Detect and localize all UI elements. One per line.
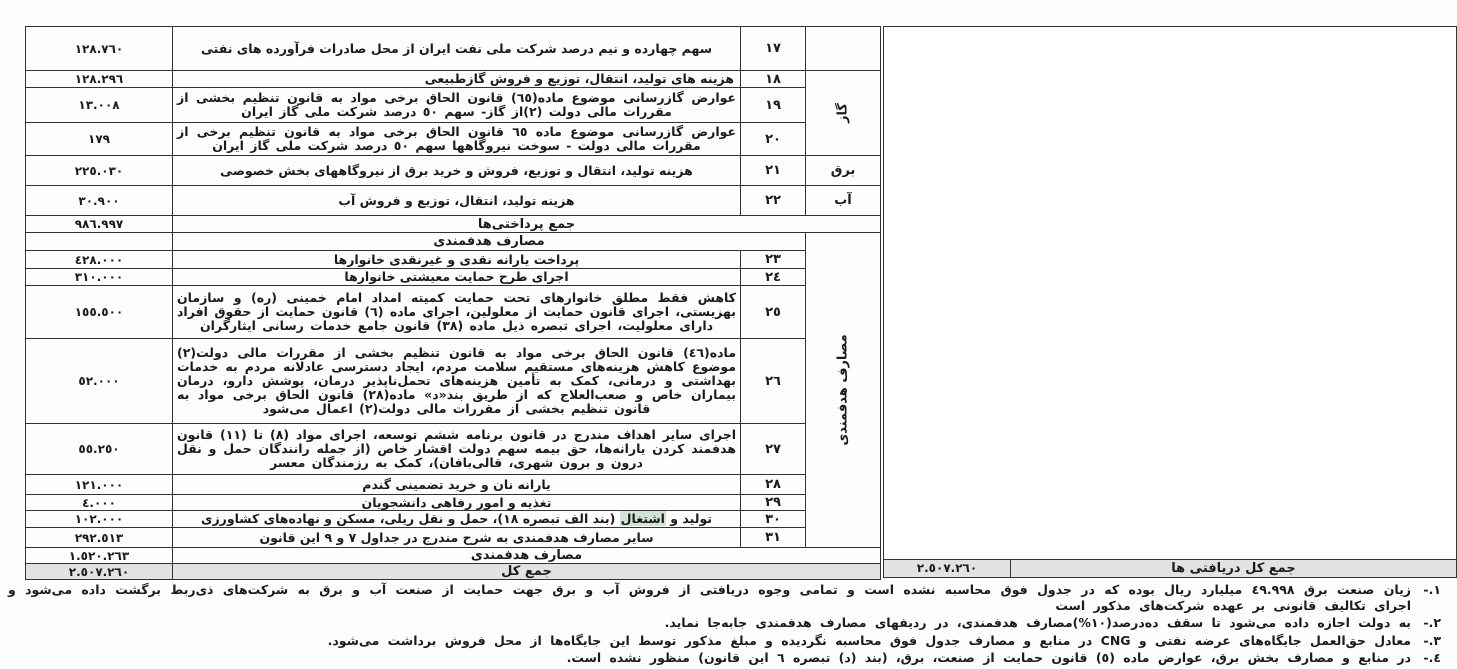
subsidy-total-label: مصارف هدفمندی xyxy=(173,548,881,564)
row-description-part: تولید و xyxy=(666,511,712,526)
receipts-total-label: جمع کل دریافتی ها xyxy=(1011,561,1456,576)
footnote-1: ١.- زیان صنعت برق ٤٩.٩٩٨ میلیارد ریال بو… xyxy=(8,582,1441,613)
row-description: کاهش فقط مطلق خانوارهای تحت حمایت کمیته … xyxy=(173,286,741,339)
row-amount: ١٢٨.٢٩٦ xyxy=(26,71,173,88)
row-amount: ١٧٩ xyxy=(26,123,173,156)
row-amount: ٤٢٨.٠٠٠ xyxy=(26,251,173,269)
row-number: ٣٠ xyxy=(741,511,806,528)
row-description: سایر مصارف هدفمندی به شرح مندرج در جداول… xyxy=(173,528,741,548)
row-description: اجرای سایر اهداف مندرج در قانون برنامه ش… xyxy=(173,424,741,475)
category-cell-subsidy-expenses: مصارف هدفمندی xyxy=(806,233,881,548)
footnote-marker: ٢.- xyxy=(1411,615,1441,631)
row-number: ٢٦ xyxy=(741,339,806,424)
row-description: هزینه های تولید، انتقال، توزیع و فروش گا… xyxy=(173,71,741,88)
footnote-text: زیان صنعت برق ٤٩.٩٩٨ میلیارد ریال بوده ک… xyxy=(8,582,1411,613)
row-amount: ١٥٥.٥٠٠ xyxy=(26,286,173,339)
table-row: ١٧ سهم چهارده و نیم درصد شرکت ملی نفت ای… xyxy=(26,27,881,71)
table-row: ١٩ عوارض گازرسانی موضوع ماده(٦٥) قانون ا… xyxy=(26,88,881,123)
row-number: ٣١ xyxy=(741,528,806,548)
footnote-4: ٤.- در منابع و مصارف بخش برق، عوارض ماده… xyxy=(8,650,1441,666)
payments-total-label: جمع پرداختی‌ها xyxy=(173,216,881,233)
row-description: سهم چهارده و نیم درصد شرکت ملی نفت ایران… xyxy=(173,27,741,71)
footnote-text: به دولت اجازه داده می‌شود تا سقف ده‌درصد… xyxy=(8,615,1411,631)
table-row: گاز ١٨ هزینه های تولید، انتقال، توزیع و … xyxy=(26,71,881,88)
footnote-marker: ٤.- xyxy=(1411,650,1441,666)
row-amount: ١٠٢.٠٠٠ xyxy=(26,511,173,528)
receipts-total-amount: ٢.٥٠٧.٢٦٠ xyxy=(884,560,1011,577)
row-number: ٢٠ xyxy=(741,123,806,156)
row-amount: ١٣.٠٠٨ xyxy=(26,88,173,123)
row-description: اجرای طرح حمایت معیشتی خانوارها xyxy=(173,269,741,286)
subsidy-section-header-amount-empty xyxy=(26,233,173,251)
row-number: ١٩ xyxy=(741,88,806,123)
row-number: ٢٥ xyxy=(741,286,806,339)
row-number: ٢٧ xyxy=(741,424,806,475)
receipts-total-row: جمع کل دریافتی ها ٢.٥٠٧.٢٦٠ xyxy=(884,559,1456,577)
row-amount: ١٢٨.٧٦٠ xyxy=(26,27,173,71)
subsidy-payments-table: ١٧ سهم چهارده و نیم درصد شرکت ملی نفت ای… xyxy=(25,26,881,580)
grand-total-row: جمع کل ٢.٥٠٧.٢٦٠ xyxy=(26,564,881,580)
row-amount: ٢٢٥.٠٣٠ xyxy=(26,156,173,186)
grand-total-amount: ٢.٥٠٧.٢٦٠ xyxy=(26,564,173,580)
row-amount: ٥٥.٢٥٠ xyxy=(26,424,173,475)
row-number: ٢٨ xyxy=(741,475,806,495)
row-description: تولید و اشتغال (بند الف تبصره ١٨)، حمل و… xyxy=(173,511,741,528)
subsidy-total-row: مصارف هدفمندی ١.٥٢٠.٢٦٣ xyxy=(26,548,881,564)
row-description: عوارض گازرسانی موضوع ماده ٦٥ قانون الحاق… xyxy=(173,123,741,156)
scanned-budget-table-page: ١٧ سهم چهارده و نیم درصد شرکت ملی نفت ای… xyxy=(0,0,1457,669)
category-cell-gas: گاز xyxy=(806,71,881,156)
row-description: پرداخت یارانه نقدی و غیرنقدی خانوارها xyxy=(173,251,741,269)
row-description: عوارض گازرسانی موضوع ماده(٦٥) قانون الحا… xyxy=(173,88,741,123)
table-row: ٣١ سایر مصارف هدفمندی به شرح مندرج در جد… xyxy=(26,528,881,548)
row-description: ماده(٤٦) قانون الحاق برخی مواد به قانون … xyxy=(173,339,741,424)
row-number: ٢٤ xyxy=(741,269,806,286)
table-row: ٣٠ تولید و اشتغال (بند الف تبصره ١٨)، حم… xyxy=(26,511,881,528)
row-number: ٢٣ xyxy=(741,251,806,269)
subsidy-section-header-row: مصارف هدفمندی مصارف هدفمندی xyxy=(26,233,881,251)
row-number: ١٨ xyxy=(741,71,806,88)
row-number: ٢٩ xyxy=(741,495,806,511)
highlighted-word: اشتغال xyxy=(620,511,666,526)
footnote-marker: ١.- xyxy=(1411,582,1441,613)
category-cell-water: آب xyxy=(806,186,881,216)
footnote-2: ٢.- به دولت اجازه داده می‌شود تا سقف ده‌… xyxy=(8,615,1441,631)
table-row: ٢٠ عوارض گازرسانی موضوع ماده ٦٥ قانون ال… xyxy=(26,123,881,156)
category-label-gas: گاز xyxy=(836,103,851,123)
grand-total-label: جمع کل xyxy=(173,564,881,580)
table-row: آب ٢٢ هزینه تولید، انتقال، توزیع و فروش … xyxy=(26,186,881,216)
table-row: ٢٩ تغذیه و امور رفاهی دانشجویان ٤.٠٠٠ xyxy=(26,495,881,511)
row-amount: ٥٢.٠٠٠ xyxy=(26,339,173,424)
payments-total-row: جمع پرداختی‌ها ٩٨٦.٩٩٧ xyxy=(26,216,881,233)
payments-total-amount: ٩٨٦.٩٩٧ xyxy=(26,216,173,233)
row-description: یارانه نان و خرید تضمینی گندم xyxy=(173,475,741,495)
receipts-panel: جمع کل دریافتی ها ٢.٥٠٧.٢٦٠ xyxy=(883,26,1457,578)
row-number: ١٧ xyxy=(741,27,806,71)
footnote-3: ٣.- معادل حق‌العمل جایگاه‌های عرضه نفتی … xyxy=(8,633,1441,649)
row-amount: ٢٩٢.٥١٣ xyxy=(26,528,173,548)
subsidy-section-header-label: مصارف هدفمندی xyxy=(173,233,806,251)
table-row: ٢٨ یارانه نان و خرید تضمینی گندم ١٢١.٠٠٠ xyxy=(26,475,881,495)
table-row: ٢٤ اجرای طرح حمایت معیشتی خانوارها ٣١٠.٠… xyxy=(26,269,881,286)
row-number: ٢٢ xyxy=(741,186,806,216)
subsidy-total-amount: ١.٥٢٠.٢٦٣ xyxy=(26,548,173,564)
category-label-subsidy-expenses: مصارف هدفمندی xyxy=(836,334,851,445)
table-row: ٢٣ پرداخت یارانه نقدی و غیرنقدی خانوارها… xyxy=(26,251,881,269)
footnote-text: در منابع و مصارف بخش برق، عوارض ماده (٥)… xyxy=(8,650,1411,666)
table-row: ٢٥ کاهش فقط مطلق خانوارهای تحت حمایت کمی… xyxy=(26,286,881,339)
row-number: ٢١ xyxy=(741,156,806,186)
row-description: تغذیه و امور رفاهی دانشجویان xyxy=(173,495,741,511)
row-amount: ٤.٠٠٠ xyxy=(26,495,173,511)
table-row: ٢٦ ماده(٤٦) قانون الحاق برخی مواد به قان… xyxy=(26,339,881,424)
row-amount: ٣٠.٩٠٠ xyxy=(26,186,173,216)
row-description-part: (بند الف تبصره ١٨)، حمل و نقل ریلی، مسکن… xyxy=(201,511,620,526)
table-row: برق ٢١ هزینه تولید، انتقال و توزیع، فروش… xyxy=(26,156,881,186)
row-amount: ٣١٠.٠٠٠ xyxy=(26,269,173,286)
footnote-marker: ٣.- xyxy=(1411,633,1441,649)
footnotes-block: ١.- زیان صنعت برق ٤٩.٩٩٨ میلیارد ریال بو… xyxy=(8,582,1441,668)
table-row: ٢٧ اجرای سایر اهداف مندرج در قانون برنام… xyxy=(26,424,881,475)
row-amount: ١٢١.٠٠٠ xyxy=(26,475,173,495)
row-description: هزینه تولید، انتقال و توزیع، فروش و خرید… xyxy=(173,156,741,186)
category-cell-electricity: برق xyxy=(806,156,881,186)
footnote-text: معادل حق‌العمل جایگاه‌های عرضه نفتی و CN… xyxy=(8,633,1411,649)
row-description: هزینه تولید، انتقال، توزیع و فروش آب xyxy=(173,186,741,216)
category-cell-empty xyxy=(806,27,881,71)
